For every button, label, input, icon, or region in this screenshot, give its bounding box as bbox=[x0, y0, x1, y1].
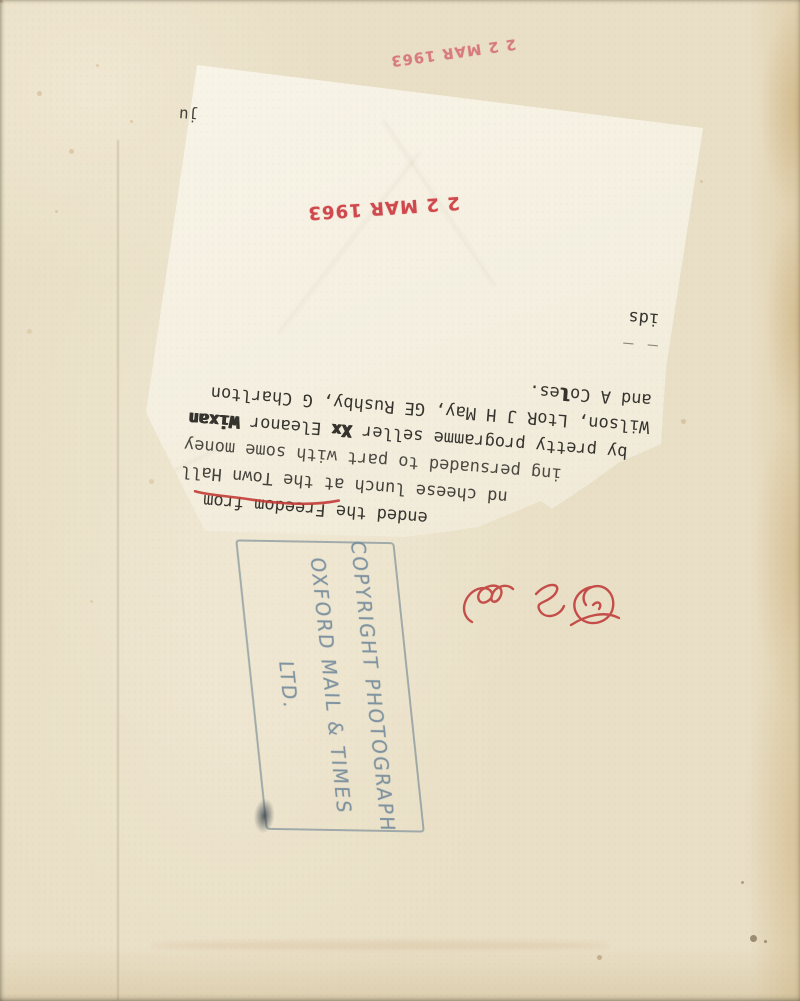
smudge-stain bbox=[150, 941, 610, 950]
copyright-stamp: COPYRIGHT PHOTOGRAPH OXFORD MAIL & TIMES… bbox=[235, 539, 425, 832]
overstruck-text: Xx bbox=[331, 419, 353, 441]
copyright-stamp-line-2: OXFORD MAIL & TIMES bbox=[305, 557, 354, 814]
vertical-fold-crease bbox=[117, 140, 119, 1000]
red-scribble-handwriting bbox=[452, 568, 632, 646]
overstruck-text: l bbox=[559, 383, 571, 404]
copyright-stamp-line-1: COPYRIGHT PHOTOGRAPH bbox=[346, 541, 399, 833]
bottom-edge-shading bbox=[0, 947, 800, 1001]
foxing-specks bbox=[0, 0, 3, 3]
overstruck-text: Wixan bbox=[188, 408, 241, 432]
caption-slip: ended the Freedom from nd cheese lunch a… bbox=[138, 58, 708, 543]
date-stamp-top: 2 2 MAR 1963 bbox=[383, 34, 524, 69]
typed-caption: ended the Freedom from nd cheese lunch a… bbox=[170, 167, 683, 554]
typed-edge-fragment: ju bbox=[178, 105, 199, 125]
ink-blob bbox=[252, 796, 277, 836]
right-edge-stain bbox=[736, 0, 800, 1001]
caption-line-6-text: and A Co bbox=[569, 383, 652, 409]
caption-line-6-text: es. bbox=[528, 380, 560, 402]
copyright-stamp-line-3: LTD. bbox=[274, 661, 301, 710]
photo-back-scan: 2 2 MAR 1963 COPYRIGHT PHOTOGRAPH OXFORD… bbox=[0, 0, 800, 1001]
date-stamp-slip: 2 2 MAR 1963 bbox=[306, 189, 460, 227]
